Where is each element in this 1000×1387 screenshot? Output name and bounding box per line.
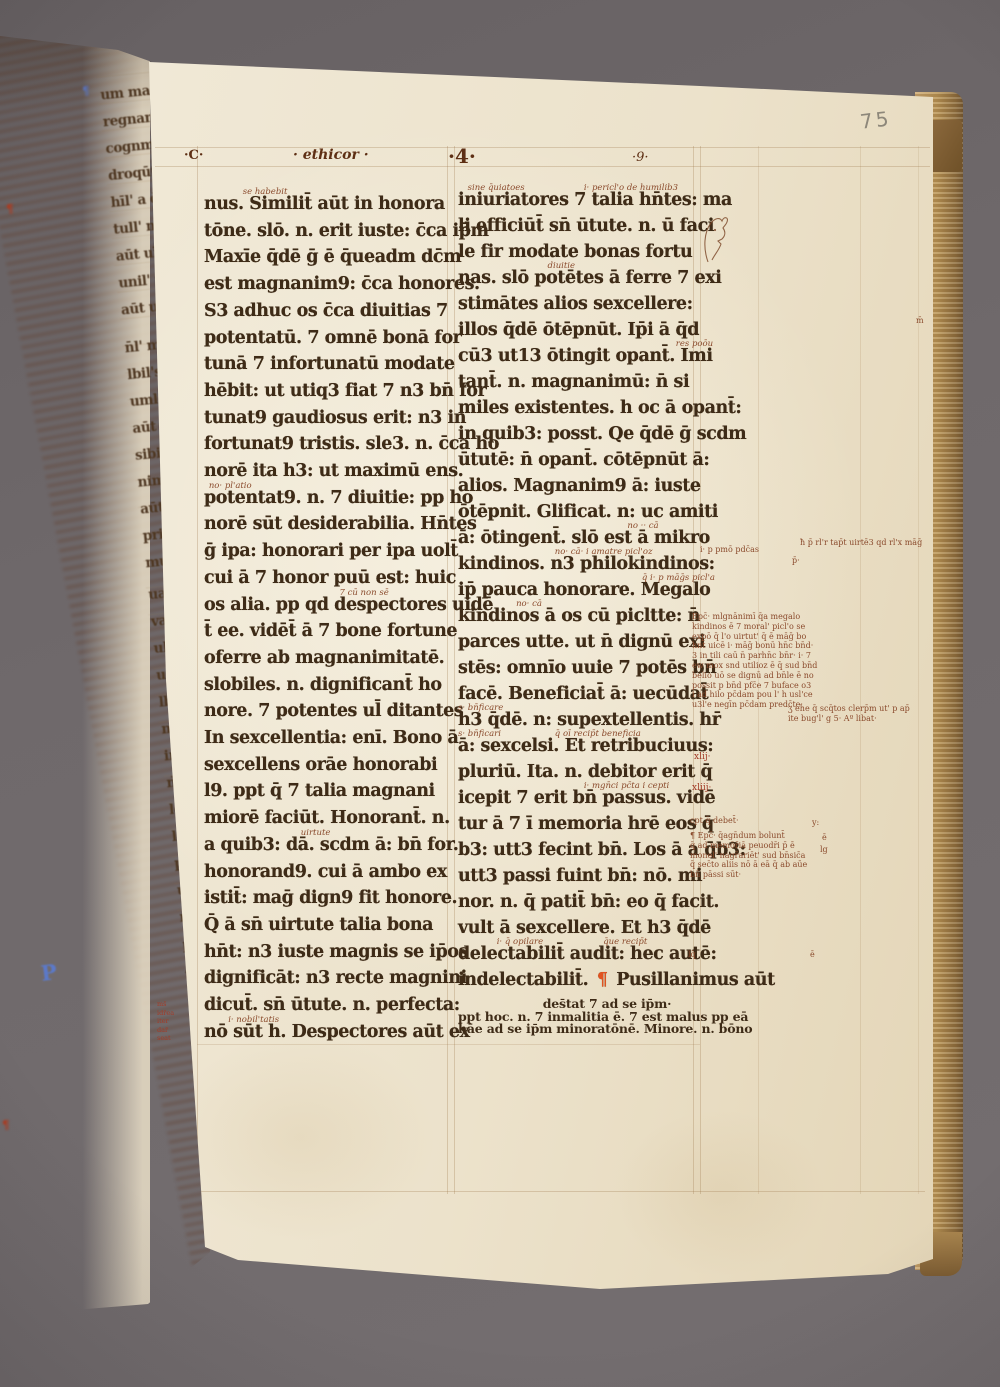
note-line: ite bug'l' g 5· Aº libat· [788, 714, 910, 724]
text-line: iniuriatores 7 talia hn̄tes: ma [458, 192, 732, 210]
margin-note: i· p pmō pdc̄as [700, 545, 759, 555]
running-title: · ethicor · [293, 147, 369, 163]
text-line: stimātes alios sexcellere: [458, 296, 693, 314]
text-line: tant̄. n. magnanimū: n̄ si [458, 374, 689, 392]
ruling-line [693, 146, 694, 1194]
margin-mark: ē [822, 833, 827, 843]
text-line: alios. Magnanim9 ā: iuste [458, 478, 701, 496]
text-line: cū3 ut13 ōtingit opant̄. Imi [458, 348, 713, 366]
book-numeral: ·4· [448, 144, 476, 168]
margin-note: p̄· [792, 556, 800, 566]
interlinear-gloss: se habebit [243, 187, 288, 197]
ruling-line [860, 146, 861, 1194]
text-line: honorand9. cui ā ambo ex [204, 864, 447, 882]
margin-mark: m̄ [916, 316, 924, 326]
text-line: kindinos. n3 philokindinos: [458, 556, 715, 574]
interlinear-gloss: i· q̄ opilare [497, 937, 543, 947]
margin-note: ħ p̄ rl'r tap̄t uirtē3 qd rl'x māḡ [800, 538, 922, 548]
interlinear-gloss: no· cā· i amatre picl'oz [555, 547, 653, 557]
text-line: li efficiūt̄ sn̄ ūtute. n. ū faci [458, 218, 714, 236]
ruling-line [758, 146, 759, 1194]
text-line: potentat9. n. 7 diuitie: pp ho [204, 490, 473, 508]
text-line: vult ā sexcellere. Et h3 q̄dē [458, 920, 711, 938]
note-line: Epc̄· mlgnānimī q̄a megalo [692, 612, 817, 622]
text-line: l9. ppt q̄ 7 talia magnani [204, 783, 435, 801]
note-line: kindinos ē 7 moral' picl'o se [692, 622, 817, 632]
note-line: u3l'e negīn pc̄dam predc̄te· [692, 700, 817, 710]
text-line: nō sūt h. Despectores aūt ex [204, 1024, 470, 1042]
text-line: est magnanim9: c̄ca honores. [204, 276, 480, 294]
margin-mark: lg [820, 845, 828, 855]
text-line: hn̄t: n3 iuste magnis se ip̄os [204, 944, 468, 962]
note-line: hnt̄ uicē i· māḡ bonū hn̄c bn̄d· [692, 641, 817, 651]
ruling-line [454, 146, 455, 1194]
interlinear-gloss: i· mgn̄ci pc̄ta i cepti [584, 781, 669, 791]
text-line: h3 q̄dē. n: supextellentis. hr̄ [458, 712, 720, 730]
ruling-line [155, 166, 930, 167]
interlinear-gloss: uirtute [301, 828, 331, 838]
text-line: tunā 7 infortunatū modate [204, 356, 455, 374]
text-line: miorē faciūt. Honorant̄. n. [204, 810, 450, 828]
margin-mark: ē [810, 950, 815, 960]
text-line: sexcellens orāe honorabi [204, 757, 437, 775]
note-line: q̄ sec̄to aliis nō ā eā q̄ ab aūe [690, 860, 807, 870]
text-line: ā: ōtingent̄. slō est ā mikro [458, 530, 710, 548]
ruling-line [155, 147, 930, 148]
note-line: ¶ Epc̄· q̄agn̄dum bolunt̄ [690, 831, 807, 841]
rubric-pilcrow: ¶ [594, 970, 611, 990]
text-line: nore. 7 potentes ul̄ ditantes [204, 703, 463, 721]
text-line: S3 adhuc os c̄ca diuitias 7 [204, 303, 448, 321]
profile-face-doodle [699, 214, 733, 266]
ruling-line [197, 1044, 700, 1045]
interlinear-gloss: no· pl'atio [209, 481, 252, 491]
ruling-line [447, 146, 448, 1194]
text-line: miles existentes. h oc ā opant̄: [458, 400, 741, 418]
text-column-2: iniuriatores 7 talia hn̄tes: mali effici… [458, 192, 700, 1042]
note-line: 3 in tili caū n̄ parhn̄c bn̄r· i· 7 [692, 651, 817, 661]
note-line: bn̄ pāssi sūt· [690, 870, 807, 880]
text-line: hēbit: ut utiq3 fiat 7 n3 bn̄ for [204, 383, 486, 401]
text-line: hāe ad se ip̄m minoratōnē. Minore. n.… [458, 1023, 752, 1036]
interlinear-gloss: 7 cū non sē [340, 588, 389, 598]
margin-note-block: ʒ ehe q̄ scq̄tos clerp̄m ut' p ap̄ite bu… [788, 704, 910, 724]
text-column-1: nus. Similit̄ aūt in honoratōne. slō.… [204, 196, 446, 1056]
interlinear-gloss: i· nobil'tatis [228, 1015, 279, 1025]
text-line: kindinos ā os cū picltte: n̄ [458, 608, 700, 626]
text-line: ḡ ipa: honorari per ipa uolt̄ [204, 543, 458, 561]
interlinear-gloss: q̄ue recip̄t [603, 937, 647, 947]
margin-gloss-block: ¶ Epc̄· q̄agn̄dum bolunt̄q̄ ad memōr̄ia… [690, 831, 807, 880]
ruling-line [918, 146, 919, 1194]
note-line: expō q̄ l'o uirtut' q̄ ē māḡ bo [692, 632, 817, 642]
margin-mark: lq̄ [688, 950, 696, 960]
interlinear-gloss: res poōu [676, 339, 713, 349]
note-line: q̄ ad memōr̄iā peuodr̄i p̄ ē [690, 841, 807, 851]
text-line: ā: sexcelsi. Et retribuciuus: [458, 738, 713, 756]
text-line: parces utte. ut n̄ dignū exi [458, 634, 705, 652]
text-line: tunat9 gaudiosus erit: n3 in [204, 410, 466, 428]
text-line: indelectabilit̄. ¶ Pusillanimus aūt [458, 972, 775, 990]
text-line: utt3 passi fuint bn̄: nō. mi [458, 868, 702, 886]
note-line: possit p bn̄d pfc̄e 7 buface o3 [692, 681, 817, 691]
text-line: oferre ab magnanimitatē. [204, 650, 444, 668]
note-line: monel' nagr̄ariēt' sud bn̄sic̄a [690, 851, 807, 861]
text-line: dignificāt: n3 recte magnini [204, 970, 467, 988]
text-line: in quib3: posst. Qe q̄dē ḡ scdm [458, 426, 746, 444]
interlinear-gloss: sine q̄uiatoes [468, 183, 525, 193]
text-line: In sexcellentia: enī. Bono ā [204, 730, 458, 748]
text-line: stēs: omnīo uuie 7 potēs bn̄ [458, 660, 716, 678]
text-line: os alia. pp qd despectores uidē [204, 597, 493, 615]
ruling-line [700, 146, 701, 1194]
text-line: des̄tat 7 ad se ip̄m· [543, 998, 672, 1011]
text-line: istit̄: maḡ dign9 fit honore. [204, 890, 457, 908]
chapter-numeral: xlij· [694, 753, 710, 763]
interlinear-gloss: q̄ oī recip̄t beneficia [555, 729, 641, 739]
text-line: illos q̄dē ōtēpnūt. Ip̄i ā q̄d [458, 322, 699, 340]
interlinear-gloss: q̄ i· p māḡs picl'a [642, 573, 715, 583]
text-line: le fir modate bonas fortu [458, 244, 692, 262]
text-line: dicut̄. sn̄ ūtute. n. perfecta: [204, 997, 460, 1015]
folio-number: 75 [859, 106, 893, 134]
text-line: b3: utt3 fecint bn̄. Los ā a q̄b3: [458, 842, 746, 860]
note-line: ʒ ehe q̄ scq̄tos clerp̄m ut' p ap̄ [788, 704, 910, 714]
margin-mark: y: [812, 818, 819, 828]
text-line: cui ā 7 honor puū est: huic [204, 570, 456, 588]
header-left-mark: ·C· [184, 148, 203, 163]
text-line: nor. n. q̄ patit̄ bn̄: eo q̄ facit. [458, 894, 719, 912]
text-line: Q̄ ā sn̄ uirtute talia bona [204, 917, 433, 935]
text-line: nus. Similit̄ aūt in honora [204, 196, 445, 214]
text-line: nas. slō potētes ā ferre 7 exi [458, 270, 721, 288]
note-line: belio uō se dignū ad bn̄le ē no [692, 671, 817, 681]
text-line: ppt hoc. n. 7 inmalitia ē. 7 est malus … [458, 1011, 748, 1024]
text-line: Maxīe q̄dē ḡ ē q̄ueadm dc̄m [204, 249, 461, 267]
interlinear-gloss: no· cā [516, 599, 542, 609]
margin-gloss-block: Epc̄· mlgnānimī q̄a megalokindinos ē … [692, 612, 817, 710]
text-line: ūtutē: n̄ opant̄. cōtēpnūt ā: [458, 452, 709, 470]
margin-note: cpt q̄ debet̄· [690, 816, 739, 826]
manuscript-photo: um magnar̄regnam m̄cognm uēdroqūt nr̄'… [0, 0, 1000, 1387]
interlinear-gloss: s· bn̄ficari [458, 729, 501, 739]
text-line: ip̄ pauca honorare. Megalo [458, 582, 710, 600]
text-line: norē sūt desiderabilia. Hn̄tes [204, 516, 476, 534]
text-line: tur ā 7 ī memoria hrē eos q̄ [458, 816, 714, 834]
header-right-numeral: ·9· [632, 150, 649, 165]
text-line: facē. Beneficiat̄ ā: uecūdat̄ [458, 686, 708, 704]
text-line: delectabilit̄ audit: hec autē: [458, 946, 716, 964]
text-line: norē ita h3: ut maximū ens. [204, 463, 463, 481]
text-line: pluriū. Ita. n. debitor erit q̄ [458, 764, 712, 782]
note-line: ew mox snd utilioz ē q̄ sud bn̄d [692, 661, 817, 671]
edge-tab [928, 120, 962, 172]
text-line: slobiles. n. dignificant̄ ho [204, 677, 442, 695]
chapter-numeral: xliij· [692, 784, 711, 794]
ruling-line [160, 1191, 925, 1192]
text-line: fortunat9 tristis. sle3. n. c̄ca ho [204, 436, 499, 454]
note-line: i ad hilo pc̄dam pou l' h usl'ce [692, 690, 817, 700]
text-line: potentatū. 7 omnē bonā for [204, 330, 461, 348]
interlinear-gloss: diuitie [548, 261, 576, 271]
text-line: t̄ ee. vidēt̄ ā 7 bone fortune [204, 623, 457, 641]
text-line: ōtēpnit. Glificat. n: uc amiti [458, 504, 718, 522]
interlinear-gloss: s· bn̄ficare [458, 703, 503, 713]
text-line: a quib3: dā. scdm ā: bn̄ for. [204, 837, 458, 855]
interlinear-gloss: no ·· cā [627, 521, 658, 531]
interlinear-gloss: i· pericl'o de humilib3 [584, 183, 678, 193]
text-line: icepit 7 erit bn̄ passus. vidē [458, 790, 715, 808]
ruling-line [197, 146, 198, 1194]
text-line: tōne. slō. n. erit iuste: c̄ca ip̄m [204, 223, 489, 241]
